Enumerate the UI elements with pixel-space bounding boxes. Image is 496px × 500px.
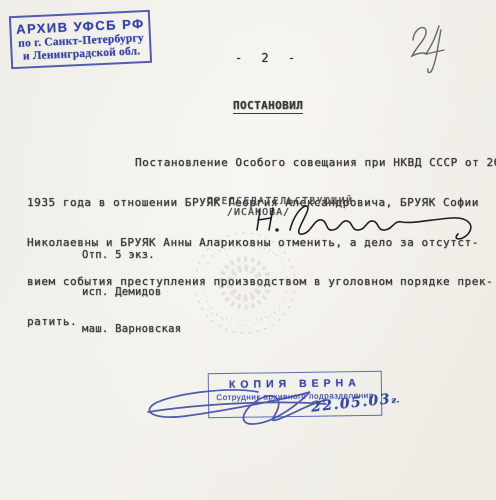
- copies-count: Отп. 5 экз.: [82, 249, 181, 261]
- page-number: - 2 -: [228, 51, 308, 65]
- typist-name: маш. Варновская: [82, 323, 181, 335]
- date-suffix: г.: [391, 395, 400, 406]
- handwritten-folio-number: [403, 18, 461, 76]
- copies-block: Отп. 5 экз. исп. Демидов маш. Варновская: [82, 224, 181, 360]
- resolution-heading: ПОСТАНОВИЛ: [233, 99, 303, 114]
- executor-name: исп. Демидов: [82, 286, 181, 298]
- scanned-document-page: АРХИВ УФСБ РФ по г. Санкт-Петербургу и Л…: [0, 0, 496, 500]
- round-seal-stamp: [186, 226, 304, 340]
- body-line: Постановление Особого совещания при НКВД…: [27, 156, 493, 169]
- archive-stamp: АРХИВ УФСБ РФ по г. Санкт-Петербургу и Л…: [9, 10, 152, 69]
